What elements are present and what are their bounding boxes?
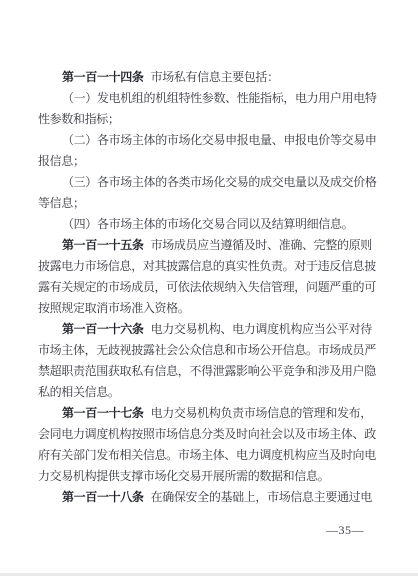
- article-heading-line: 第一百一十八条在确保安全的基础上，市场信息主要通过电: [38, 487, 380, 508]
- text-line: 按照规定取消市场准入资格。: [38, 298, 380, 319]
- article-text: 在确保安全的基础上，市场信息主要通过电: [151, 490, 372, 504]
- text-line: 市场主体，无歧视披露社会公众信息和市场公开信息。市场成员严: [38, 340, 380, 361]
- text-line: 力交易机构提供支撑市场化交易开展所需的数据和信息。: [38, 466, 380, 487]
- article-text: 市场成员应当遵循及时、准确、完整的原则: [151, 238, 372, 252]
- text-line: （一）发电机组的机组特性参数、性能指标，电力用户用电特: [38, 88, 380, 109]
- text-line: （三）各市场主体的各类市场化交易的成交电量以及成交价格: [38, 172, 380, 193]
- article-text: 市场私有信息主要包括：: [151, 70, 279, 84]
- page-number: —35—: [326, 523, 386, 538]
- article-text: 电力交易机构负责市场信息的管理和发布，: [151, 406, 372, 420]
- text-line: 府有关部门发布相关信息。市场主体、电力调度机构应当及时向电: [38, 445, 380, 466]
- text-line: 会同电力调度机构按照市场信息分类及时向社会以及市场主体、政: [38, 424, 380, 445]
- text-line: 露有关规定的市场成员，可依法依规纳入失信管理，问题严重的可: [38, 277, 380, 298]
- article-heading-line: 第一百一十四条市场私有信息主要包括：: [38, 67, 380, 88]
- text-line: 性参数和指标；: [38, 109, 380, 130]
- document-body: 第一百一十四条市场私有信息主要包括：（一）发电机组的机组特性参数、性能指标，电力…: [38, 67, 380, 508]
- text-line: （二）各市场主体的市场化交易申报电量、申报电价等交易申: [38, 130, 380, 151]
- document-page: 第一百一十四条市场私有信息主要包括：（一）发电机组的机组特性参数、性能指标，电力…: [0, 0, 418, 576]
- article-number: 第一百一十七条: [62, 406, 144, 420]
- article-heading-line: 第一百一十五条市场成员应当遵循及时、准确、完整的原则: [38, 235, 380, 256]
- article-number: 第一百一十四条: [62, 70, 144, 84]
- text-line: 私的相关信息。: [38, 382, 380, 403]
- text-line: 禁超职责范围获取私有信息，不得泄露影响公平竞争和涉及用户隐: [38, 361, 380, 382]
- text-line: （四）各市场主体的市场化交易合同以及结算明细信息。: [38, 214, 380, 235]
- article-heading-line: 第一百一十七条电力交易机构负责市场信息的管理和发布，: [38, 403, 380, 424]
- text-line: 披露电力市场信息，对其披露信息的真实性负责。对于违反信息披: [38, 256, 380, 277]
- article-number: 第一百一十五条: [62, 238, 144, 252]
- text-line: 等信息；: [38, 193, 380, 214]
- article-text: 电力交易机构、电力调度机构应当公平对待: [151, 322, 372, 336]
- article-number: 第一百一十六条: [62, 322, 144, 336]
- text-line: 报信息；: [38, 151, 380, 172]
- article-number: 第一百一十八条: [62, 490, 144, 504]
- article-heading-line: 第一百一十六条电力交易机构、电力调度机构应当公平对待: [38, 319, 380, 340]
